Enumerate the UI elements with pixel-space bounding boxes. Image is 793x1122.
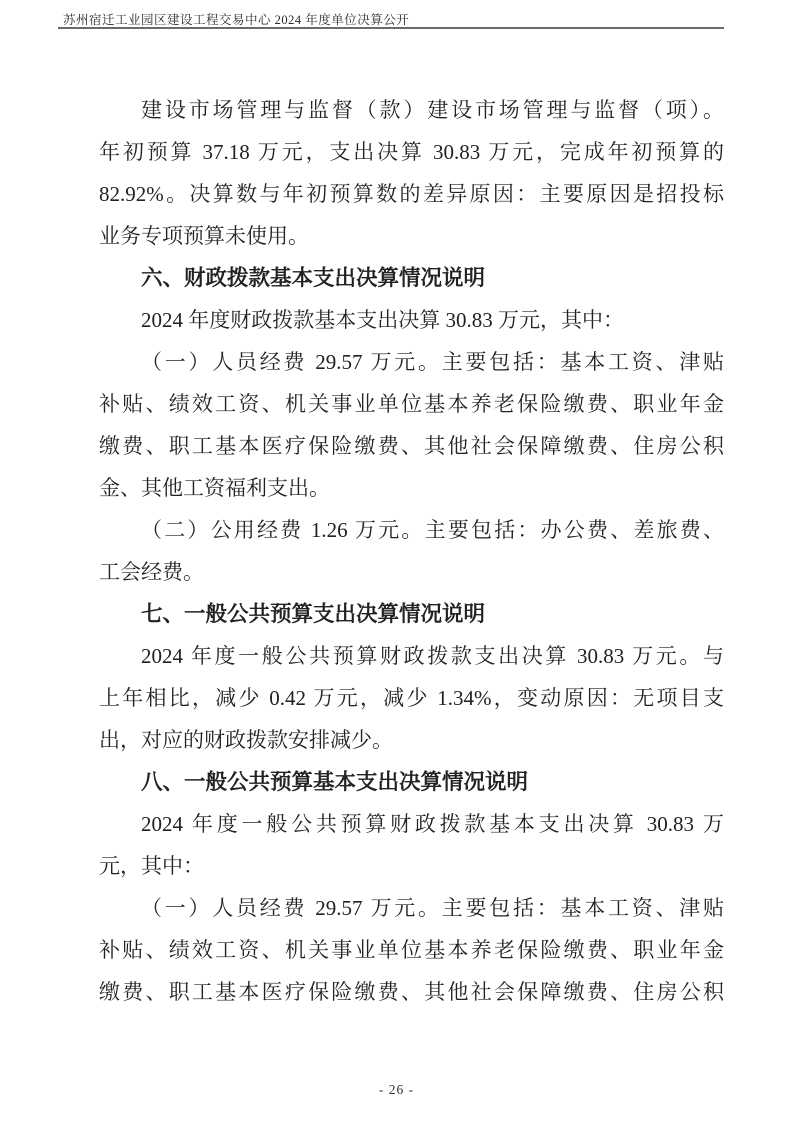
document-line: 缴费、职工基本医疗保险缴费、其他社会保障缴费、住房公积 xyxy=(99,425,724,467)
document-line: 年初预算 37.18 万元，支出决算 30.83 万元，完成年初预算的 xyxy=(99,131,724,173)
document-page: 苏州宿迁工业园区建设工程交易中心 2024 年度单位决算公开 建设市场管理与监督… xyxy=(0,0,793,1122)
page-number: - 26 - xyxy=(0,1082,793,1098)
document-line: （二）公用经费 1.26 万元。主要包括：办公费、差旅费、 xyxy=(99,509,724,551)
document-line: 工会经费。 xyxy=(99,551,724,593)
document-line: （一）人员经费 29.57 万元。主要包括：基本工资、津贴 xyxy=(99,887,724,929)
document-line: 缴费、职工基本医疗保险缴费、其他社会保障缴费、住房公积 xyxy=(99,971,724,1013)
document-line: 上年相比，减少 0.42 万元，减少 1.34%，变动原因：无项目支 xyxy=(99,677,724,719)
section-heading: 六、财政拨款基本支出决算情况说明 xyxy=(99,257,724,299)
section-heading: 七、一般公共预算支出决算情况说明 xyxy=(99,593,724,635)
document-line: 元，其中： xyxy=(99,845,724,887)
document-line: 2024 年度一般公共预算财政拨款基本支出决算 30.83 万 xyxy=(99,803,724,845)
document-body: 建设市场管理与监督（款）建设市场管理与监督（项）。年初预算 37.18 万元，支… xyxy=(99,89,724,1013)
document-line: 补贴、绩效工资、机关事业单位基本养老保险缴费、职业年金 xyxy=(99,929,724,971)
document-line: 补贴、绩效工资、机关事业单位基本养老保险缴费、职业年金 xyxy=(99,383,724,425)
section-heading: 八、一般公共预算基本支出决算情况说明 xyxy=(99,761,724,803)
document-line: 82.92%。决算数与年初预算数的差异原因：主要原因是招投标 xyxy=(99,173,724,215)
document-line: 出，对应的财政拨款安排减少。 xyxy=(99,719,724,761)
document-line: 建设市场管理与监督（款）建设市场管理与监督（项）。 xyxy=(99,89,724,131)
header-title: 苏州宿迁工业园区建设工程交易中心 2024 年度单位决算公开 xyxy=(63,10,409,28)
document-line: 2024 年度财政拨款基本支出决算 30.83 万元，其中： xyxy=(99,299,724,341)
document-line: 2024 年度一般公共预算财政拨款支出决算 30.83 万元。与 xyxy=(99,635,724,677)
document-line: （一）人员经费 29.57 万元。主要包括：基本工资、津贴 xyxy=(99,341,724,383)
document-line: 业务专项预算未使用。 xyxy=(99,215,724,257)
document-line: 金、其他工资福利支出。 xyxy=(99,467,724,509)
header-rule xyxy=(58,27,724,29)
